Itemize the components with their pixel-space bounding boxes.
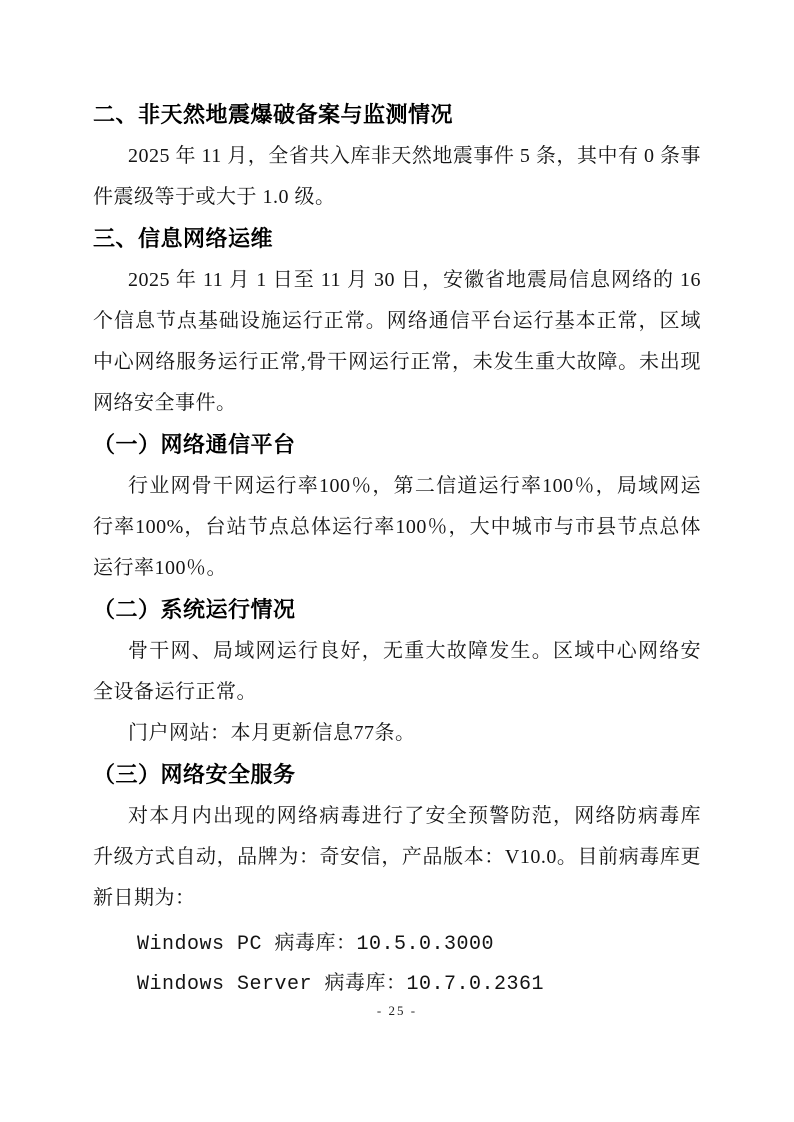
paragraph-communication-platform: 行业网骨干网运行率100％，第二信道运行率100％，局域网运行率100%，台站节… bbox=[93, 466, 701, 589]
virus-database-list: Windows PC 病毒库：10.5.0.3000 Windows Serve… bbox=[93, 925, 701, 1005]
section-heading-communication-platform: （一）网络通信平台 bbox=[93, 424, 701, 466]
paragraph-portal-updates: 门户网站：本月更新信息77条。 bbox=[93, 713, 701, 754]
section-network-operations: 三、信息网络运维 2025 年 11 月 1 日至 11 月 30 日，安徽省地… bbox=[93, 218, 701, 424]
section-communication-platform: （一）网络通信平台 行业网骨干网运行率100％，第二信道运行率100％，局域网运… bbox=[93, 424, 701, 589]
section-heading-network-operations: 三、信息网络运维 bbox=[93, 218, 701, 260]
section-system-status: （二）系统运行情况 骨干网、局域网运行良好，无重大故障发生。区域中心网络安全设备… bbox=[93, 589, 701, 754]
section-heading-blast-records: 二、非天然地震爆破备案与监测情况 bbox=[93, 94, 701, 136]
section-heading-security-services: （三）网络安全服务 bbox=[93, 754, 701, 796]
page-number: - 25 - bbox=[377, 1003, 417, 1018]
section-heading-system-status: （二）系统运行情况 bbox=[93, 589, 701, 631]
document-page: 二、非天然地震爆破备案与监测情况 2025 年 11 月，全省共入库非天然地震事… bbox=[0, 0, 794, 1122]
section-security-services: （三）网络安全服务 对本月内出现的网络病毒进行了安全预警防范，网络防病毒库升级方… bbox=[93, 754, 701, 1005]
virus-db-windows-pc: Windows PC 病毒库：10.5.0.3000 bbox=[93, 925, 701, 965]
paragraph-blast-records: 2025 年 11 月，全省共入库非天然地震事件 5 条，其中有 0 条事件震级… bbox=[93, 136, 701, 218]
paragraph-system-status: 骨干网、局域网运行良好，无重大故障发生。区域中心网络安全设备运行正常。 bbox=[93, 631, 701, 713]
page-footer: - 25 - bbox=[0, 1002, 794, 1020]
section-blast-records: 二、非天然地震爆破备案与监测情况 2025 年 11 月，全省共入库非天然地震事… bbox=[93, 94, 701, 218]
virus-db-windows-server: Windows Server 病毒库：10.7.0.2361 bbox=[93, 965, 701, 1005]
paragraph-security-services: 对本月内出现的网络病毒进行了安全预警防范，网络防病毒库升级方式自动，品牌为：奇安… bbox=[93, 796, 701, 919]
paragraph-network-operations: 2025 年 11 月 1 日至 11 月 30 日，安徽省地震局信息网络的 1… bbox=[93, 260, 701, 424]
document-content: 二、非天然地震爆破备案与监测情况 2025 年 11 月，全省共入库非天然地震事… bbox=[93, 94, 701, 1005]
